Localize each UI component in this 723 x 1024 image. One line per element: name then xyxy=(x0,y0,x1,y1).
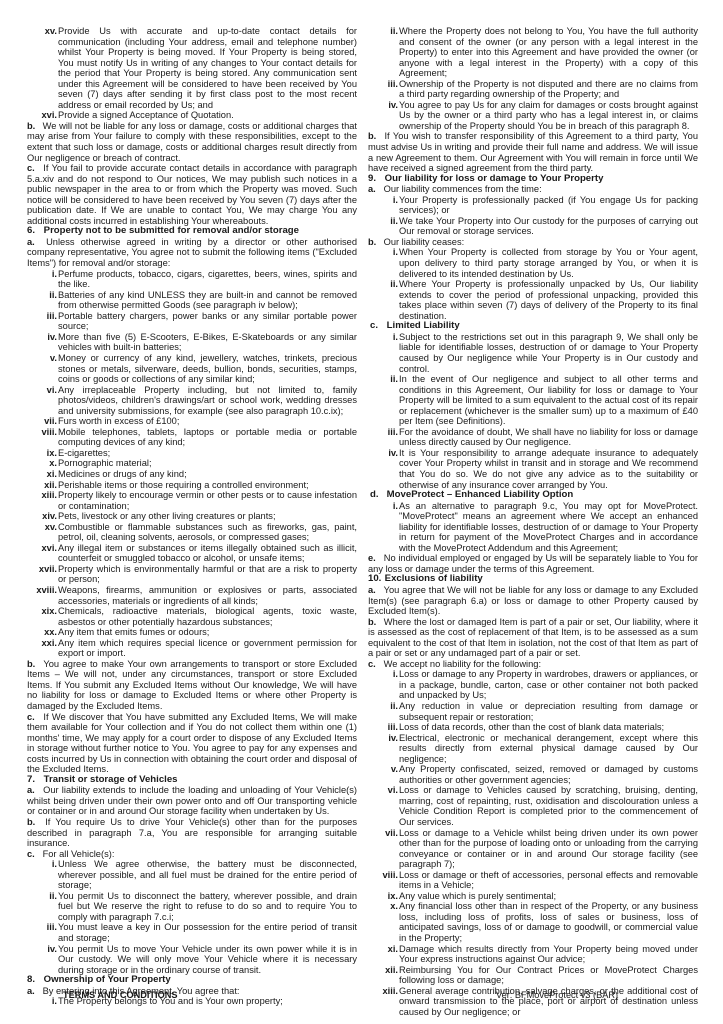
list-item-text: Perishable items or those requiring a co… xyxy=(58,480,357,491)
clause-paragraph: c. We accept no liability for the follow… xyxy=(368,659,698,670)
list-item-numeral: i. xyxy=(27,859,58,891)
list-item: xvi.Provide a signed Acceptance of Quota… xyxy=(27,110,357,121)
section-heading: 10. Exclusions of liability xyxy=(368,574,698,585)
clause-paragraph: b. We will not be liable for any loss or… xyxy=(27,121,357,163)
clause-text: We accept no liability for the following… xyxy=(381,659,541,669)
list-item: i.Perfume products, tobacco, cigars, cig… xyxy=(27,269,357,290)
list-item: xiv.Pets, livestock or any other living … xyxy=(27,511,357,522)
list-item-numeral: viii. xyxy=(368,870,399,891)
section-title: Our liability for loss or damage to Your… xyxy=(382,173,603,184)
clause-paragraph: c. If You fail to provide accurate conta… xyxy=(27,163,357,226)
list-item: vi.Any irreplaceable Property including,… xyxy=(27,385,357,417)
list-item-numeral: iv. xyxy=(27,332,58,353)
clause-text: If You fail to provide accurate contact … xyxy=(27,163,357,226)
list-item-numeral: i. xyxy=(368,332,399,374)
list-item-text: Perfume products, tobacco, cigars, cigar… xyxy=(58,269,357,290)
clause-letter: c. xyxy=(27,849,40,860)
clause-letter: a. xyxy=(368,585,381,596)
list-item: v.Any Property confiscated, seized, remo… xyxy=(368,764,698,785)
list-item: i.Subject to the restrictions set out in… xyxy=(368,332,698,374)
list-item: x.Pornographic material; xyxy=(27,458,357,469)
list-item-text: Loss or damage to Vehicles caused by scr… xyxy=(399,785,698,827)
clause-letter: b. xyxy=(368,237,381,248)
list-item-text: Medicines or drugs of any kind; xyxy=(58,469,357,480)
list-item: xvi.Any illegal item or substances or it… xyxy=(27,543,357,564)
clause-paragraph: c. For all Vehicle(s): xyxy=(27,849,357,860)
list-item-numeral: xv. xyxy=(27,26,58,110)
section-number: d. xyxy=(370,490,384,501)
list-item-text: Weapons, firearms, ammunition or explosi… xyxy=(58,585,357,606)
list-item-text: Where the Property does not belong to Yo… xyxy=(399,26,698,79)
list-item-numeral: i. xyxy=(27,269,58,290)
right-column: ii.Where the Property does not belong to… xyxy=(368,26,698,1017)
clause-letter: b. xyxy=(27,659,40,670)
list-item-text: Any reduction in value or depreciation r… xyxy=(399,701,698,722)
list-item: xxi.Any item which requires special lice… xyxy=(27,638,357,659)
list-item: xvii.Property which is environmentally h… xyxy=(27,564,357,585)
list-item-text: You permit Us to move Your Vehicle under… xyxy=(58,944,357,976)
section-title: Limited Liability xyxy=(384,320,460,331)
list-item: ix.E-cigarettes; xyxy=(27,448,357,459)
section-number: 7. xyxy=(27,775,41,786)
list-item-numeral: x. xyxy=(368,901,399,943)
list-item: vii.Furs worth in excess of £100; xyxy=(27,416,357,427)
list-item-text: You permit Us to disconnect the battery,… xyxy=(58,891,357,923)
list-item-text: Combustible or flammable substances such… xyxy=(58,522,357,543)
clause-text: For all Vehicle(s): xyxy=(40,849,114,859)
list-item-numeral: xix. xyxy=(27,606,58,627)
list-item-text: Mobile telephones, tablets, laptops or p… xyxy=(58,427,357,448)
clause-paragraph: a. Our liability commences from the time… xyxy=(368,184,698,195)
clause-paragraph: b. If You wish to transfer responsibilit… xyxy=(368,131,698,173)
list-item-text: Batteries of any kind UNLESS they are bu… xyxy=(58,290,357,311)
list-item-text: Loss of data records, other than the cos… xyxy=(399,722,698,733)
list-item-text: Loss or damage or theft of accessories, … xyxy=(399,870,698,891)
section-number: c. xyxy=(370,321,384,332)
section-number: 10. xyxy=(368,574,382,585)
section-title: Property not to be submitted for removal… xyxy=(41,225,299,236)
list-item-numeral: ii. xyxy=(368,279,399,321)
clause-text: If You wish to transfer responsibility o… xyxy=(368,131,698,173)
list-item: x.Any financial loss other than in respe… xyxy=(368,901,698,943)
list-item-numeral: xi. xyxy=(368,944,399,965)
list-item: ii.Batteries of any kind UNLESS they are… xyxy=(27,290,357,311)
clause-text: Our liability extends to include the loa… xyxy=(27,785,357,816)
list-item-text: Any item that emits fumes or odours; xyxy=(58,627,357,638)
footer-title: TERMS AND CONDITIONS xyxy=(63,990,178,1000)
list-item-numeral: iii. xyxy=(368,79,399,100)
clause-paragraph: e. No individual employed or engaged by … xyxy=(368,553,698,574)
section-number: 6. xyxy=(27,226,41,237)
list-item-text: Reimbursing You for Our Contract Prices … xyxy=(399,965,698,986)
list-item-numeral: iii. xyxy=(368,427,399,448)
clause-paragraph: b. Our liability ceases: xyxy=(368,237,698,248)
list-item-text: You must leave a key in Our possession f… xyxy=(58,922,357,943)
list-item: ii.In the event of Our negligence and su… xyxy=(368,374,698,427)
list-item: xv.Provide Us with accurate and up-to-da… xyxy=(27,26,357,110)
clause-text: Our liability ceases: xyxy=(381,237,464,247)
list-item-text: Any illegal item or substances or items … xyxy=(58,543,357,564)
list-item-text: Loss or damage to any Property in wardro… xyxy=(399,669,698,701)
list-item-text: More than five (5) E-Scooters, E-Bikes, … xyxy=(58,332,357,353)
list-item-numeral: xiv. xyxy=(27,511,58,522)
list-item: xi.Damage which results directly from Yo… xyxy=(368,944,698,965)
section-heading: 6. Property not to be submitted for remo… xyxy=(27,226,357,237)
list-item-numeral: vii. xyxy=(368,828,399,870)
list-item-numeral: ii. xyxy=(368,216,399,237)
clause-letter: b. xyxy=(368,131,381,142)
list-item-numeral: vi. xyxy=(368,785,399,827)
list-item-numeral: xvi. xyxy=(27,543,58,564)
list-item: xii.Perishable items or those requiring … xyxy=(27,480,357,491)
list-item-numeral: v. xyxy=(368,764,399,785)
list-item-numeral: v. xyxy=(27,353,58,385)
clause-letter: c. xyxy=(27,712,40,723)
list-item-numeral: xiii. xyxy=(368,986,399,1018)
section-number: 9. xyxy=(368,174,382,185)
list-item-text: E-cigarettes; xyxy=(58,448,357,459)
list-item-numeral: ii. xyxy=(368,701,399,722)
list-item-text: Pets, livestock or any other living crea… xyxy=(58,511,357,522)
list-item-text: Electrical, electronic or mechanical der… xyxy=(399,733,698,765)
section-title: Transit or storage of Vehicles xyxy=(41,774,178,785)
list-item-text: Loss or damage to a Vehicle whilst being… xyxy=(399,828,698,870)
list-item-numeral: x. xyxy=(27,458,58,469)
list-item: iv.More than five (5) E-Scooters, E-Bike… xyxy=(27,332,357,353)
clause-letter: e. xyxy=(368,553,381,564)
list-item-text: Subject to the restrictions set out in t… xyxy=(399,332,698,374)
section-title: Ownership of Your Property xyxy=(41,974,171,985)
list-item: iii.For the avoidance of doubt, We shall… xyxy=(368,427,698,448)
list-item: iii.Loss of data records, other than the… xyxy=(368,722,698,733)
section-number: 8. xyxy=(27,975,41,986)
list-item-numeral: vi. xyxy=(27,385,58,417)
list-item-text: Ownership of the Property is not dispute… xyxy=(399,79,698,100)
list-item-text: In the event of Our negligence and subje… xyxy=(399,374,698,427)
list-item-numeral: ii. xyxy=(27,891,58,923)
list-item: i.Unless We agree otherwise, the battery… xyxy=(27,859,357,891)
section-title: MoveProtect – Enhanced Liability Option xyxy=(384,489,573,500)
list-item-numeral: iv. xyxy=(368,100,399,132)
list-item-text: Any irreplaceable Property including, bu… xyxy=(58,385,357,417)
clause-text: If We discover that You have submitted a… xyxy=(27,712,357,775)
list-item: iv.You agree to pay Us for any claim for… xyxy=(368,100,698,132)
subsection-heading: c. Limited Liability xyxy=(368,321,698,332)
list-item: xix.Chemicals, radioactive materials, bi… xyxy=(27,606,357,627)
list-item-text: It is Your responsibility to arrange ade… xyxy=(399,448,698,490)
left-column: xv.Provide Us with accurate and up-to-da… xyxy=(27,26,357,1007)
list-item-numeral: i. xyxy=(27,996,58,1007)
clause-paragraph: b. If You require Us to drive Your Vehic… xyxy=(27,817,357,849)
clause-paragraph: a. You agree that We will not be liable … xyxy=(368,585,698,617)
section-heading: 9. Our liability for loss or damage to Y… xyxy=(368,174,698,185)
list-item-numeral: iii. xyxy=(27,922,58,943)
clause-letter: b. xyxy=(368,617,381,628)
list-item: xiii.Property likely to encourage vermin… xyxy=(27,490,357,511)
list-item-numeral: ii. xyxy=(27,290,58,311)
list-item-numeral: xviii. xyxy=(27,585,58,606)
list-item-numeral: xiii. xyxy=(27,490,58,511)
clause-paragraph: a. Our liability extends to include the … xyxy=(27,785,357,817)
list-item: viii.Mobile telephones, tablets, laptops… xyxy=(27,427,357,448)
list-item-numeral: ii. xyxy=(368,374,399,427)
list-item: iv.Electrical, electronic or mechanical … xyxy=(368,733,698,765)
list-item-text: Furs worth in excess of £100; xyxy=(58,416,357,427)
list-item-text: Pornographic material; xyxy=(58,458,357,469)
clause-letter: a. xyxy=(27,237,40,248)
clause-paragraph: a. Unless otherwise agreed in writing by… xyxy=(27,237,357,269)
list-item-text: Where Your Property is professionally un… xyxy=(399,279,698,321)
clause-text: We will not be liable for any loss or da… xyxy=(27,121,357,163)
list-item: xx.Any item that emits fumes or odours; xyxy=(27,627,357,638)
list-item: ii.We take Your Property into Our custod… xyxy=(368,216,698,237)
list-item-numeral: i. xyxy=(368,669,399,701)
list-item-numeral: iii. xyxy=(27,311,58,332)
clause-letter: c. xyxy=(368,659,381,670)
list-item-text: We take Your Property into Our custody f… xyxy=(399,216,698,237)
list-item: ix.Any value which is purely sentimental… xyxy=(368,891,698,902)
clause-text: Where the lost or damaged Item is part o… xyxy=(368,617,698,659)
clause-letter: b. xyxy=(27,121,40,132)
list-item-text: When Your Property is collected from sto… xyxy=(399,247,698,279)
list-item: xi.Medicines or drugs of any kind; xyxy=(27,469,357,480)
clause-letter: a. xyxy=(27,986,40,997)
clause-text: Unless otherwise agreed in writing by a … xyxy=(27,237,357,268)
list-item-text: As an alternative to paragraph 9.c, You … xyxy=(399,501,698,554)
list-item-text: Any Property confiscated, seized, remove… xyxy=(399,764,698,785)
list-item-numeral: iv. xyxy=(368,448,399,490)
list-item: ii.Any reduction in value or depreciatio… xyxy=(368,701,698,722)
clause-paragraph: b. You agree to make Your own arrangemen… xyxy=(27,659,357,712)
list-item: xii.Reimbursing You for Our Contract Pri… xyxy=(368,965,698,986)
list-item-numeral: vii. xyxy=(27,416,58,427)
list-item-numeral: i. xyxy=(368,501,399,554)
list-item: i.When Your Property is collected from s… xyxy=(368,247,698,279)
list-item-text: For the avoidance of doubt, We shall hav… xyxy=(399,427,698,448)
list-item-numeral: xii. xyxy=(27,480,58,491)
list-item-numeral: viii. xyxy=(27,427,58,448)
list-item-numeral: xvii. xyxy=(27,564,58,585)
document-page: xv.Provide Us with accurate and up-to-da… xyxy=(0,0,723,1024)
list-item-text: Chemicals, radioactive materials, biolog… xyxy=(58,606,357,627)
list-item: vi.Loss or damage to Vehicles caused by … xyxy=(368,785,698,827)
list-item-text: Unless We agree otherwise, the battery m… xyxy=(58,859,357,891)
list-item-numeral: xxi. xyxy=(27,638,58,659)
clause-text: If You require Us to drive Your Vehicle(… xyxy=(27,817,357,848)
list-item: i.Your Property is professionally packed… xyxy=(368,195,698,216)
list-item-text: Any financial loss other than in respect… xyxy=(399,901,698,943)
clause-text: You agree that We will not be liable for… xyxy=(368,585,698,616)
list-item-numeral: ix. xyxy=(27,448,58,459)
list-item-text: Your Property is professionally packed (… xyxy=(399,195,698,216)
list-item: xv.Combustible or flammable substances s… xyxy=(27,522,357,543)
list-item: i.Loss or damage to any Property in ward… xyxy=(368,669,698,701)
footer-version: Ver: BFMoveProtect v3 (BAR) xyxy=(496,990,618,1000)
list-item-text: Any value which is purely sentimental; xyxy=(399,891,698,902)
section-heading: 7. Transit or storage of Vehicles xyxy=(27,775,357,786)
list-item-text: Any item which requires special licence … xyxy=(58,638,357,659)
list-item-numeral: ii. xyxy=(368,26,399,79)
list-item: ii.Where the Property does not belong to… xyxy=(368,26,698,79)
list-item: xviii.Weapons, firearms, ammunition or e… xyxy=(27,585,357,606)
section-title: Exclusions of liability xyxy=(382,573,483,584)
clause-text: You agree to make Your own arrangements … xyxy=(27,659,357,711)
list-item-numeral: xi. xyxy=(27,469,58,480)
list-item-numeral: xii. xyxy=(368,965,399,986)
clause-paragraph: b. Where the lost or damaged Item is par… xyxy=(368,617,698,659)
clause-text: No individual employed or engaged by Us … xyxy=(368,553,698,574)
list-item: iii.Portable battery chargers, power ban… xyxy=(27,311,357,332)
list-item-text: You agree to pay Us for any claim for da… xyxy=(399,100,698,132)
list-item: viii.Loss or damage or theft of accessor… xyxy=(368,870,698,891)
list-item-text: Money or currency of any kind, jewellery… xyxy=(58,353,357,385)
list-item-text: Provide a signed Acceptance of Quotation… xyxy=(58,110,357,121)
list-item-numeral: iv. xyxy=(27,944,58,976)
subsection-heading: d. MoveProtect – Enhanced Liability Opti… xyxy=(368,490,698,501)
clause-letter: a. xyxy=(368,184,381,195)
clause-letter: c. xyxy=(27,163,40,174)
list-item: iii.Ownership of the Property is not dis… xyxy=(368,79,698,100)
list-item-text: Provide Us with accurate and up-to-date … xyxy=(58,26,357,110)
section-heading: 8. Ownership of Your Property xyxy=(27,975,357,986)
clause-letter: b. xyxy=(27,817,40,828)
list-item-text: Property which is environmentally harmfu… xyxy=(58,564,357,585)
clause-paragraph: c. If We discover that You have submitte… xyxy=(27,712,357,775)
list-item: v.Money or currency of any kind, jewelle… xyxy=(27,353,357,385)
clause-text: Our liability commences from the time: xyxy=(381,184,542,194)
list-item-text: Property likely to encourage vermin or o… xyxy=(58,490,357,511)
list-item: iv.You permit Us to move Your Vehicle un… xyxy=(27,944,357,976)
list-item-numeral: i. xyxy=(368,247,399,279)
list-item-numeral: iv. xyxy=(368,733,399,765)
list-item: i.As an alternative to paragraph 9.c, Yo… xyxy=(368,501,698,554)
list-item-numeral: iii. xyxy=(368,722,399,733)
list-item: vii.Loss or damage to a Vehicle whilst b… xyxy=(368,828,698,870)
list-item-numeral: xx. xyxy=(27,627,58,638)
list-item: iv.It is Your responsibility to arrange … xyxy=(368,448,698,490)
clause-letter: a. xyxy=(27,785,40,796)
list-item-numeral: ix. xyxy=(368,891,399,902)
list-item-text: Portable battery chargers, power banks o… xyxy=(58,311,357,332)
list-item-numeral: xv. xyxy=(27,522,58,543)
list-item: iii.You must leave a key in Our possessi… xyxy=(27,922,357,943)
list-item: ii.Where Your Property is professionally… xyxy=(368,279,698,321)
list-item-numeral: i. xyxy=(368,195,399,216)
list-item-numeral: xvi. xyxy=(27,110,58,121)
list-item: ii.You permit Us to disconnect the batte… xyxy=(27,891,357,923)
list-item-text: Damage which results directly from Your … xyxy=(399,944,698,965)
